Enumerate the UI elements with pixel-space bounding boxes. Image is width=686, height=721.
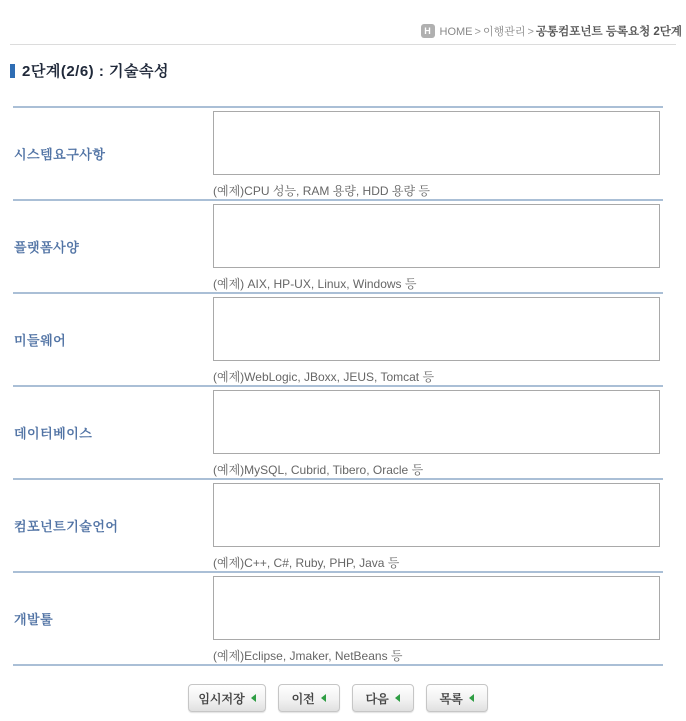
hint-system-requirements: (예제)CPU 성능, RAM 용량, HDD 용량 등 bbox=[213, 182, 663, 199]
hint-database: (예제)MySQL, Cubrid, Tibero, Oracle 등 bbox=[213, 461, 663, 478]
left-triangle-icon bbox=[321, 694, 326, 702]
breadcrumb-current: 공통컴포넌트 등록요청 2단계 bbox=[536, 26, 682, 38]
header-divider bbox=[10, 44, 676, 45]
breadcrumb-link-home[interactable]: HOME bbox=[440, 26, 473, 38]
temp-save-button[interactable]: 임시저장 bbox=[188, 684, 265, 712]
tech-attributes-form: 시스템요구사항 (예제)CPU 성능, RAM 용량, HDD 용량 등 플랫폼… bbox=[13, 106, 663, 666]
title-bullet bbox=[10, 64, 15, 78]
component-language-textarea[interactable] bbox=[213, 483, 660, 547]
form-row: 미들웨어 (예제)WebLogic, JBoxx, JEUS, Tomcat 등 bbox=[13, 294, 663, 387]
prev-button[interactable]: 이전 bbox=[278, 684, 340, 712]
label-middleware: 미들웨어 bbox=[14, 330, 66, 349]
breadcrumb-link-management[interactable]: 이행관리 bbox=[483, 26, 526, 38]
hint-dev-tool: (예제)Eclipse, Jmaker, NetBeans 등 bbox=[213, 647, 663, 664]
list-button[interactable]: 목록 bbox=[426, 684, 488, 712]
next-label: 다음 bbox=[366, 690, 389, 707]
hint-platform-spec: (예제) AIX, HP-UX, Linux, Windows 등 bbox=[213, 275, 663, 292]
label-system-requirements: 시스템요구사항 bbox=[14, 144, 105, 163]
breadcrumb-separator: > bbox=[527, 26, 533, 38]
breadcrumb-separator: > bbox=[475, 26, 481, 38]
form-row: 개발툴 (예제)Eclipse, Jmaker, NetBeans 등 bbox=[13, 573, 663, 666]
temp-save-label: 임시저장 bbox=[198, 690, 244, 707]
label-database: 데이터베이스 bbox=[14, 423, 92, 442]
breadcrumb: H HOME>이행관리>공통컴포넌트 등록요청 2단계 bbox=[0, 0, 686, 40]
label-platform-spec: 플랫폼사양 bbox=[14, 237, 79, 256]
form-row: 데이터베이스 (예제)MySQL, Cubrid, Tibero, Oracle… bbox=[13, 387, 663, 480]
middleware-textarea[interactable] bbox=[213, 297, 660, 361]
home-icon[interactable]: H bbox=[421, 24, 435, 38]
left-triangle-icon bbox=[251, 694, 256, 702]
label-component-language: 컴포넌트기술언어 bbox=[14, 516, 118, 535]
list-label: 목록 bbox=[440, 690, 463, 707]
page-title: 2단계(2/6) : 기술속성 bbox=[22, 60, 169, 81]
hint-component-language: (예제)C++, C#, Ruby, PHP, Java 등 bbox=[213, 554, 663, 571]
next-button[interactable]: 다음 bbox=[352, 684, 414, 712]
hint-middleware: (예제)WebLogic, JBoxx, JEUS, Tomcat 등 bbox=[213, 368, 663, 385]
prev-label: 이전 bbox=[292, 690, 315, 707]
button-bar: 임시저장 이전 다음 목록 bbox=[13, 684, 663, 712]
system-requirements-textarea[interactable] bbox=[213, 111, 660, 175]
database-textarea[interactable] bbox=[213, 390, 660, 454]
form-row: 컴포넌트기술언어 (예제)C++, C#, Ruby, PHP, Java 등 bbox=[13, 480, 663, 573]
dev-tool-textarea[interactable] bbox=[213, 576, 660, 640]
page-title-row: 2단계(2/6) : 기술속성 bbox=[10, 60, 686, 81]
label-dev-tool: 개발툴 bbox=[14, 609, 53, 628]
left-triangle-icon bbox=[395, 694, 400, 702]
left-triangle-icon bbox=[469, 694, 474, 702]
form-row: 시스템요구사항 (예제)CPU 성능, RAM 용량, HDD 용량 등 bbox=[13, 108, 663, 201]
platform-spec-textarea[interactable] bbox=[213, 204, 660, 268]
form-row: 플랫폼사양 (예제) AIX, HP-UX, Linux, Windows 등 bbox=[13, 201, 663, 294]
